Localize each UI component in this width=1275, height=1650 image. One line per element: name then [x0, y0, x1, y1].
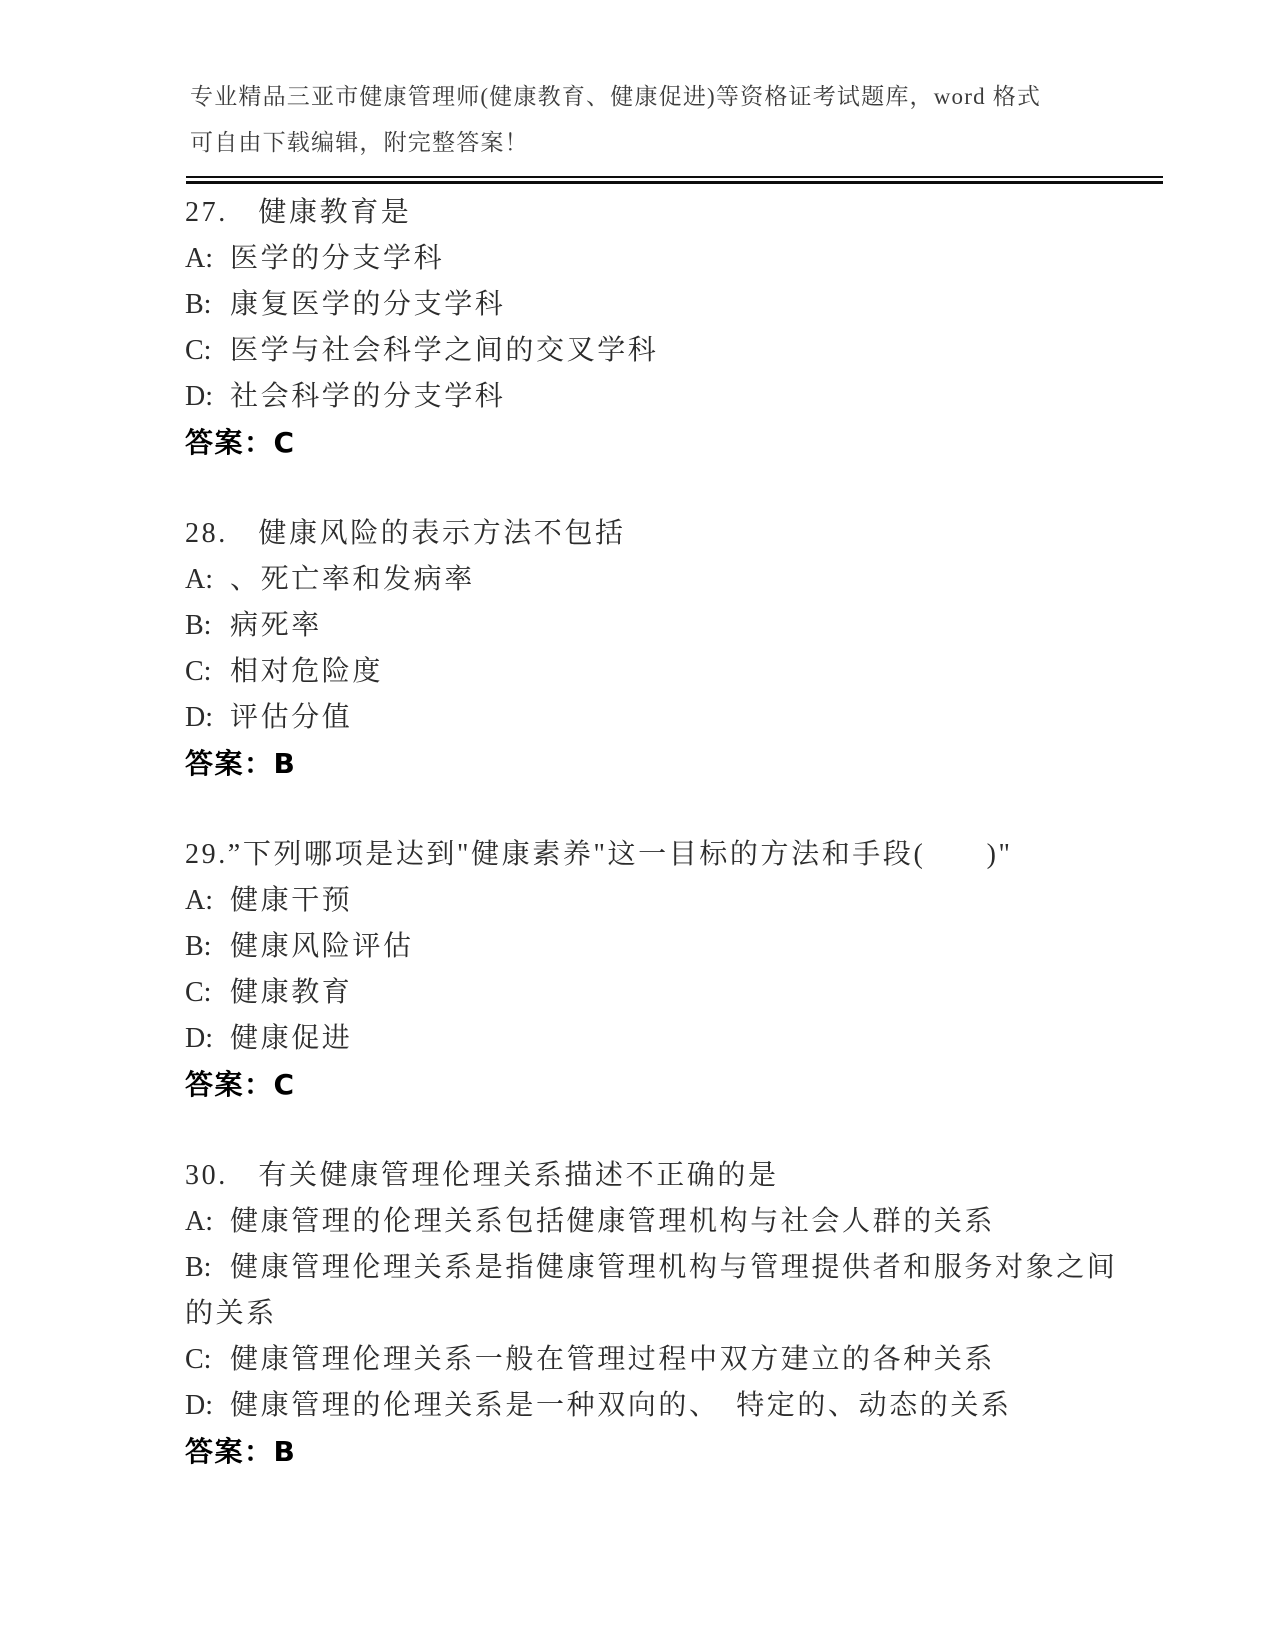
question-title: 29.”下列哪项是达到"健康素养"这一目标的方法和手段( )": [185, 832, 1140, 878]
option-text: 医学与社会科学之间的交叉学科: [230, 335, 658, 366]
option-row: C:健康教育: [185, 970, 1140, 1016]
option-text: 病死率: [230, 610, 322, 641]
question-30: 30. 有关健康管理伦理关系描述不正确的是 A:健康管理的伦理关系包括健康管理机…: [185, 1153, 1140, 1475]
option-label: A:: [185, 557, 230, 603]
option-text: 健康风险评估: [230, 931, 414, 962]
header-separator-double-rule: [186, 176, 1163, 184]
answer-prefix: 答案：: [185, 1068, 274, 1101]
question-28: 28. 健康风险的表示方法不包括 A:、死亡率和发病率 B:病死率 C:相对危险…: [185, 511, 1140, 787]
option-row: B:病死率: [185, 603, 1140, 649]
option-row: C:医学与社会科学之间的交叉学科: [185, 328, 1140, 374]
answer-line: 答案：C: [185, 420, 1140, 466]
option-row: A:健康干预: [185, 878, 1140, 924]
option-label: C:: [185, 649, 230, 695]
option-label: D:: [185, 1016, 230, 1062]
option-label: C:: [185, 328, 230, 374]
header-line-1: 专业精品三亚市健康管理师(健康教育、健康促进)等资格证考试题库，word 格式: [190, 74, 1140, 120]
document-page: 专业精品三亚市健康管理师(健康教育、健康促进)等资格证考试题库，word 格式 …: [0, 0, 1275, 1650]
option-text: 健康管理伦理关系一般在管理过程中双方建立的各种关系: [230, 1344, 995, 1375]
option-text: 健康管理伦理关系是指健康管理机构与管理提供者和服务对象之间的关系: [185, 1252, 1117, 1329]
option-row: D:评估分值: [185, 695, 1140, 741]
question-title: 27. 健康教育是: [185, 190, 1140, 236]
option-row: B:康复医学的分支学科: [185, 282, 1140, 328]
option-text: 、死亡率和发病率: [230, 564, 475, 595]
option-row: B:健康管理伦理关系是指健康管理机构与管理提供者和服务对象之间的关系: [185, 1245, 1140, 1337]
option-label: B:: [185, 924, 230, 970]
option-label: C:: [185, 970, 230, 1016]
option-text: 医学的分支学科: [230, 243, 444, 274]
option-row: D:健康管理的伦理关系是一种双向的、 特定的、动态的关系: [185, 1383, 1140, 1429]
question-29: 29.”下列哪项是达到"健康素养"这一目标的方法和手段( )" A:健康干预 B…: [185, 832, 1140, 1108]
question-title: 30. 有关健康管理伦理关系描述不正确的是: [185, 1153, 1140, 1199]
option-text: 康复医学的分支学科: [230, 289, 505, 320]
answer-line: 答案：B: [185, 741, 1140, 787]
option-label: A:: [185, 236, 230, 282]
option-text: 社会科学的分支学科: [230, 381, 505, 412]
page-header: 专业精品三亚市健康管理师(健康教育、健康促进)等资格证考试题库，word 格式 …: [190, 74, 1140, 166]
option-label: D:: [185, 374, 230, 420]
option-row: A:、死亡率和发病率: [185, 557, 1140, 603]
answer-line: 答案：C: [185, 1062, 1140, 1108]
answer-line: 答案：B: [185, 1429, 1140, 1475]
header-line-2: 可自由下载编辑，附完整答案！: [190, 120, 1140, 166]
option-row: A:医学的分支学科: [185, 236, 1140, 282]
option-text: 相对危险度: [230, 656, 383, 687]
option-row: D:社会科学的分支学科: [185, 374, 1140, 420]
question-27: 27. 健康教育是 A:医学的分支学科 B:康复医学的分支学科 C:医学与社会科…: [185, 190, 1140, 466]
option-text: 健康管理的伦理关系包括健康管理机构与社会人群的关系: [230, 1206, 995, 1237]
option-label: D:: [185, 1383, 230, 1429]
answer-prefix: 答案：: [185, 747, 274, 780]
answer-value: B: [274, 1435, 297, 1468]
option-text: 健康教育: [230, 977, 352, 1008]
option-text: 健康促进: [230, 1023, 352, 1054]
option-label: B:: [185, 282, 230, 328]
option-text: 评估分值: [230, 702, 352, 733]
option-label: C:: [185, 1337, 230, 1383]
option-text: 健康干预: [230, 885, 352, 916]
option-row: A:健康管理的伦理关系包括健康管理机构与社会人群的关系: [185, 1199, 1140, 1245]
answer-prefix: 答案：: [185, 1435, 274, 1468]
option-row: D:健康促进: [185, 1016, 1140, 1062]
option-label: D:: [185, 695, 230, 741]
answer-value: B: [274, 747, 297, 780]
option-label: B:: [185, 603, 230, 649]
option-label: A:: [185, 878, 230, 924]
question-title: 28. 健康风险的表示方法不包括: [185, 511, 1140, 557]
option-row: C:健康管理伦理关系一般在管理过程中双方建立的各种关系: [185, 1337, 1140, 1383]
option-label: A:: [185, 1199, 230, 1245]
option-label: B:: [185, 1245, 230, 1291]
option-row: B:健康风险评估: [185, 924, 1140, 970]
answer-prefix: 答案：: [185, 426, 274, 459]
document-body: 27. 健康教育是 A:医学的分支学科 B:康复医学的分支学科 C:医学与社会科…: [185, 190, 1140, 1520]
answer-value: C: [274, 426, 296, 459]
option-row: C:相对危险度: [185, 649, 1140, 695]
option-text: 健康管理的伦理关系是一种双向的、 特定的、动态的关系: [230, 1390, 1012, 1421]
answer-value: C: [274, 1068, 296, 1101]
